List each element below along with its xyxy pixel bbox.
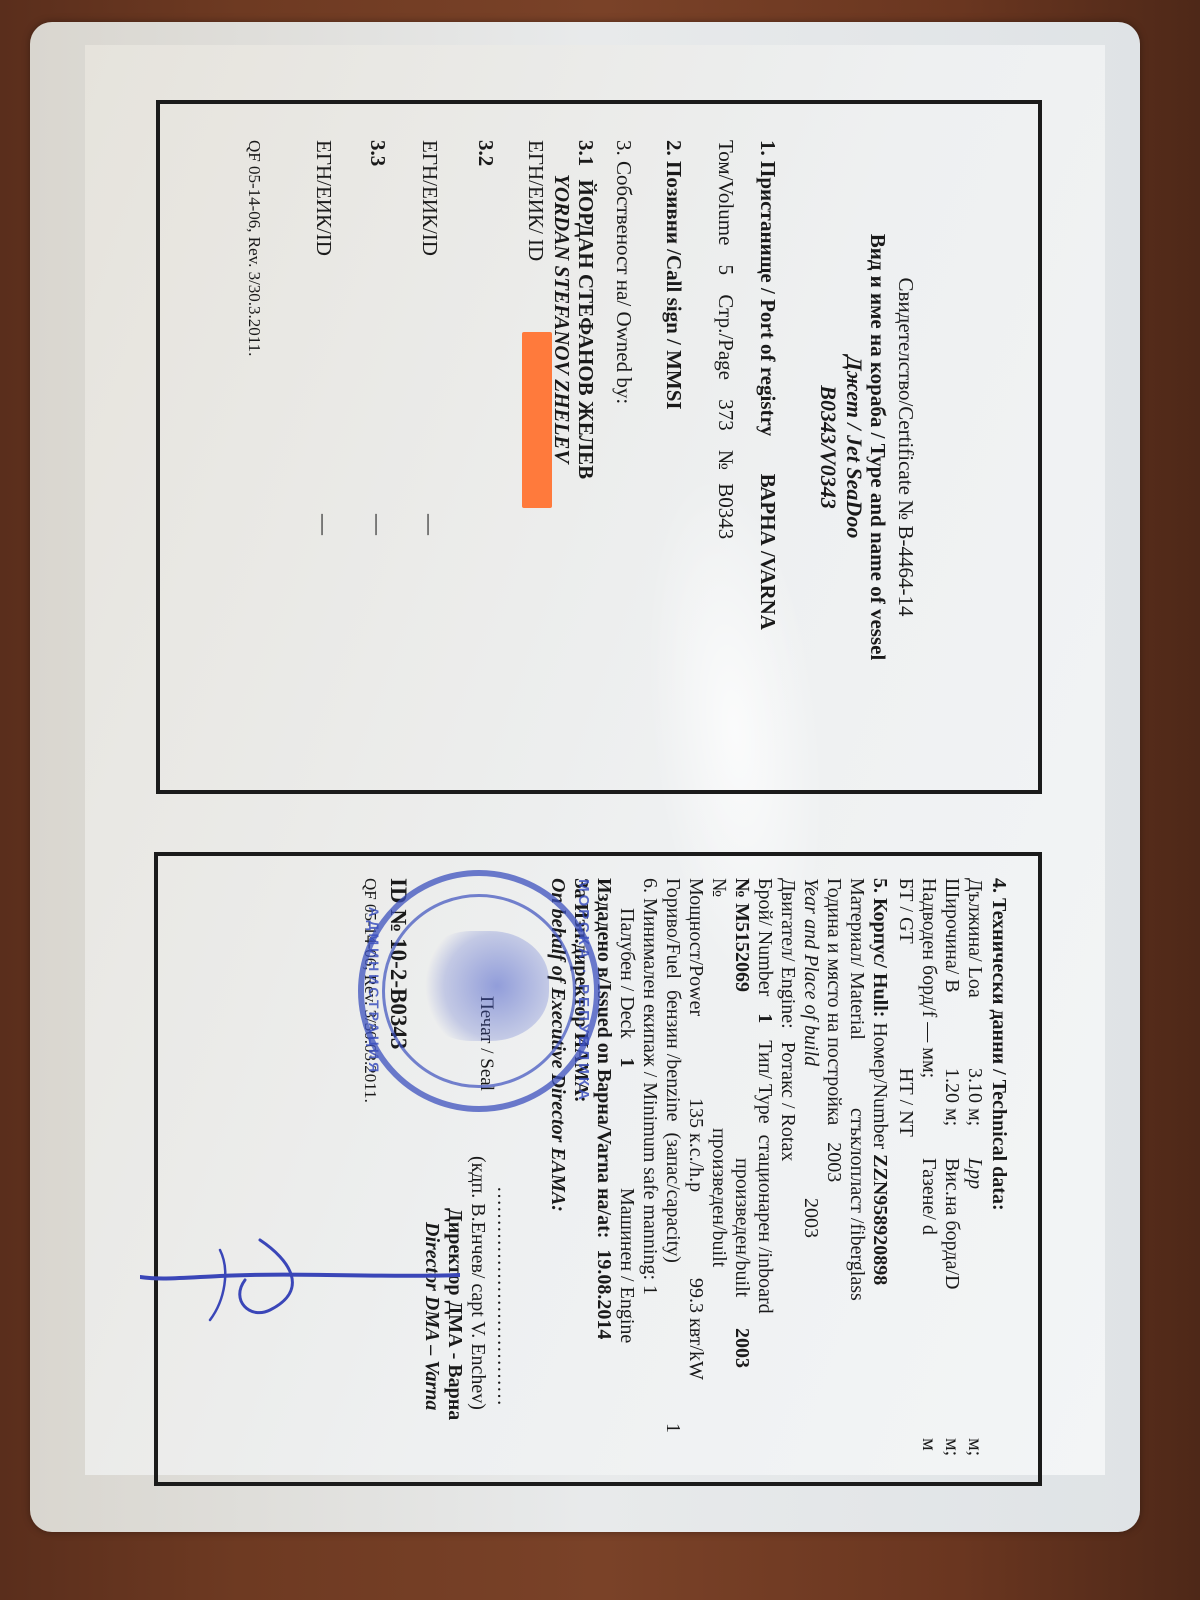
engine-count-value: 1 — [754, 1013, 776, 1023]
engine-built-1-label: произведен/built — [730, 1158, 753, 1297]
year-en-row: Year and Place of build 2003 — [799, 878, 822, 1066]
power-kw: 99.3 квт/kW — [684, 1278, 707, 1380]
technical-heading-text: 4. Технически данни / Technical data: — [988, 878, 1010, 1211]
crew-row: 6. Минимален екипаж / Minimum safe manni… — [638, 878, 661, 1295]
signatory-name: (кдп. В.Енчев/ capt V. Enchev) — [466, 1156, 490, 1410]
page-value: 373 — [714, 399, 738, 431]
number-label: № — [714, 450, 738, 470]
depth-label: Вис.на борда/D — [940, 1158, 963, 1289]
owner-3-3-id-label: ЕГН/ЕИК/ID — [312, 140, 336, 256]
length-row: Дължина/ Loa 3.10 м; Lpp м; — [963, 878, 986, 998]
material-row: Материал/ Material стъклопласт /fibergla… — [845, 878, 868, 1040]
registration-panel: Свидетелство/Certificate № B-4464-14 Вид… — [156, 100, 1042, 794]
engine-no-1: № M5152069 — [731, 878, 753, 992]
certificate-title: Свидетелство/Certificate № B-4464-14 — [894, 104, 918, 790]
official-stamp: МОРСКА · РЕПУБЛИКА АДМИНИСТРАЦИЯ — [358, 870, 600, 1112]
volume-page-row: Том/Volume 5 Стр./Page 373 № B0343 — [714, 140, 738, 539]
material-value: стъклопласт /fiberglass — [845, 1108, 868, 1301]
hull-row: 5. Корпус/ Hull: Номер/Number ZZN9589208… — [868, 878, 891, 1285]
document-stage: Свидетелство/Certificate № B-4464-14 Вид… — [0, 0, 1200, 1600]
stamp-top-text: МОРСКА · РЕПУБЛИКА — [575, 876, 592, 1106]
freeboard-label: Надводен борд/f — мм; — [918, 878, 940, 1078]
fuel-value: бензин /benzine — [662, 990, 684, 1122]
engine-built-2-label: произведен/built — [707, 1128, 730, 1267]
crew-label: 6. Минимален екипаж / Minimum safe manni… — [639, 878, 661, 1280]
owner-3-3-id-value: — — [312, 514, 336, 535]
engine-no-2: № — [708, 878, 730, 897]
hull-number-label: Номер/Number — [869, 1022, 891, 1149]
lpp-unit: м; — [963, 1438, 986, 1456]
year-bg-row: Година и място на постройка 2003 — [822, 878, 845, 1182]
engine-type-value: стационарен /inboard — [754, 1135, 776, 1314]
issued-row: Издадено в/Issued on Варна/Varna на/at: … — [592, 878, 615, 1339]
port-label: 1. Пристанище / Port of registry — [756, 140, 780, 436]
freeboard-row: Надводен борд/f — мм; Газене/ d м — [917, 878, 940, 1078]
vessel-type-label: Вид и име на кораба / Type and name of v… — [866, 104, 890, 790]
breadth-value: 1.20 м; — [940, 1068, 963, 1126]
gt-label: БТ / GT — [895, 878, 917, 944]
year-value-2: 2003 — [799, 1198, 822, 1238]
issued-date: 19.08.2014 — [593, 1249, 615, 1339]
fuel-row: Гориво/Fuel бензин /benzine (запас/capac… — [661, 878, 684, 1263]
owner-3-2-prefix: 3.2 — [474, 140, 498, 166]
year-label-en: Year and Place of build — [800, 878, 822, 1066]
draught-label: Газене/ d — [917, 1158, 940, 1235]
coat-of-arms-icon — [419, 931, 549, 1041]
port-value: ВАРНА /VARNA — [756, 474, 780, 630]
owner-3-1-name-en: YORDAN STEFANOV ZHELEV — [550, 174, 574, 463]
signature-dots: …………………………… — [492, 1186, 516, 1406]
breadth-label: Широчина/ B — [941, 878, 963, 993]
owned-by-label: 3. Собственост на/ Owned by: — [612, 140, 636, 404]
engine-crew-label: Машинен / Engine — [615, 1188, 638, 1343]
owner-3-1-prefix: 3.1 — [574, 140, 598, 166]
nt-label: НТ / NT — [894, 1068, 917, 1137]
signatory-title-bg: Директор ДМА - Варна — [443, 1208, 467, 1420]
lpp-label: Lpp — [963, 1158, 986, 1189]
owner-3-1-id-label: ЕГН/ЕИК/ ID — [524, 140, 548, 261]
page-label: Стр./Page — [714, 294, 738, 380]
engine-no-2-row: № произведен/built — [707, 878, 730, 897]
engine-type-label: Тип/ Type — [754, 1040, 776, 1123]
fuel-label: Гориво/Fuel — [662, 878, 684, 979]
volume-value: 5 — [714, 265, 738, 276]
hull-label: 5. Корпус/ Hull: — [869, 878, 891, 1017]
owner-3-3-value: — — [366, 514, 390, 535]
length-label: Дължина/ Loa — [964, 878, 986, 998]
technical-data-panel: 4. Технически данни / Technical data: Дъ… — [154, 852, 1042, 1486]
engine-count-row: Брой/ Number 1 Тип/ Type стационарен /in… — [753, 878, 776, 1314]
issued-place: Варна/Varna — [593, 1069, 615, 1183]
deck-label: Палубен / Deck — [616, 908, 638, 1038]
stamp-bottom-text: АДМИНИСТРАЦИЯ — [366, 876, 382, 1106]
hull-number-value: ZZN958920898 — [869, 1154, 891, 1285]
redacted-id — [522, 332, 552, 508]
owner-3-2-value: — — [418, 514, 442, 535]
power-hp: 135 к.с./h.p — [684, 1098, 707, 1192]
year-value-1: 2003 — [823, 1142, 845, 1182]
fuel-capacity-value: 1 — [661, 1423, 684, 1433]
year-label-bg: Година и място на постройка — [823, 878, 845, 1125]
engine-label: Двигател/ Engine: — [777, 878, 799, 1029]
tonnage-row: БТ / GT НТ / NT — [894, 878, 917, 944]
engine-count-label: Брой/ Number — [754, 878, 776, 996]
signatory-title-en: Director DMA – Varna — [420, 1222, 444, 1410]
port-of-registry-row: 1. Пристанище / Port of registry ВАРНА /… — [756, 140, 780, 630]
draught-unit: м — [917, 1438, 940, 1451]
engine-value: Ротакс / Rotax — [777, 1042, 799, 1162]
length-value: 3.10 м; — [963, 1068, 986, 1126]
breadth-row: Широчина/ B 1.20 м; Вис.на борда/D м; — [940, 878, 963, 993]
material-label: Материал/ Material — [846, 878, 868, 1040]
form-code-left: QF 05-14-06, Rev. 3/30.3.2011. — [242, 140, 266, 356]
deck-row: Палубен / Deck 1 Машинен / Engine — [615, 908, 638, 1067]
technical-heading: 4. Технически данни / Technical data: — [987, 878, 1010, 1211]
depth-unit: м; — [940, 1438, 963, 1456]
owner-3-3-prefix: 3.3 — [366, 140, 390, 166]
power-label: Мощност/Power — [685, 878, 707, 1016]
owner-3-2-id-label: ЕГН/ЕИК/ID — [418, 140, 442, 256]
call-sign-label: 2. Позивни /Call sign / MMSI — [662, 140, 686, 410]
engine-row: Двигател/ Engine: Ротакс / Rotax — [776, 878, 799, 1161]
power-row: Мощност/Power 135 к.с./h.p 99.3 квт/kW — [684, 878, 707, 1016]
issued-at-label: на/at: — [593, 1188, 615, 1238]
crew-value: 1 — [639, 1285, 661, 1295]
engine-built-1-value: 2003 — [730, 1328, 753, 1368]
engine-no-1-row: № M5152069 произведен/built 2003 — [730, 878, 753, 992]
vessel-name: Джет / Jet SeaDoo — [842, 104, 866, 790]
number-value: B0343 — [714, 483, 738, 539]
vessel-registration: B0343/V0343 — [816, 104, 840, 790]
volume-label: Том/Volume — [714, 140, 738, 245]
owner-3-1-row: 3.1 ЙОРДАН СТЕФАНОВ ЖЕЛЕВ — [574, 140, 598, 479]
owner-3-1-name-bg: ЙОРДАН СТЕФАНОВ ЖЕЛЕВ — [574, 180, 598, 480]
deck-value: 1 — [616, 1057, 638, 1067]
fuel-capacity-label: (запас/capacity) — [662, 1132, 684, 1262]
